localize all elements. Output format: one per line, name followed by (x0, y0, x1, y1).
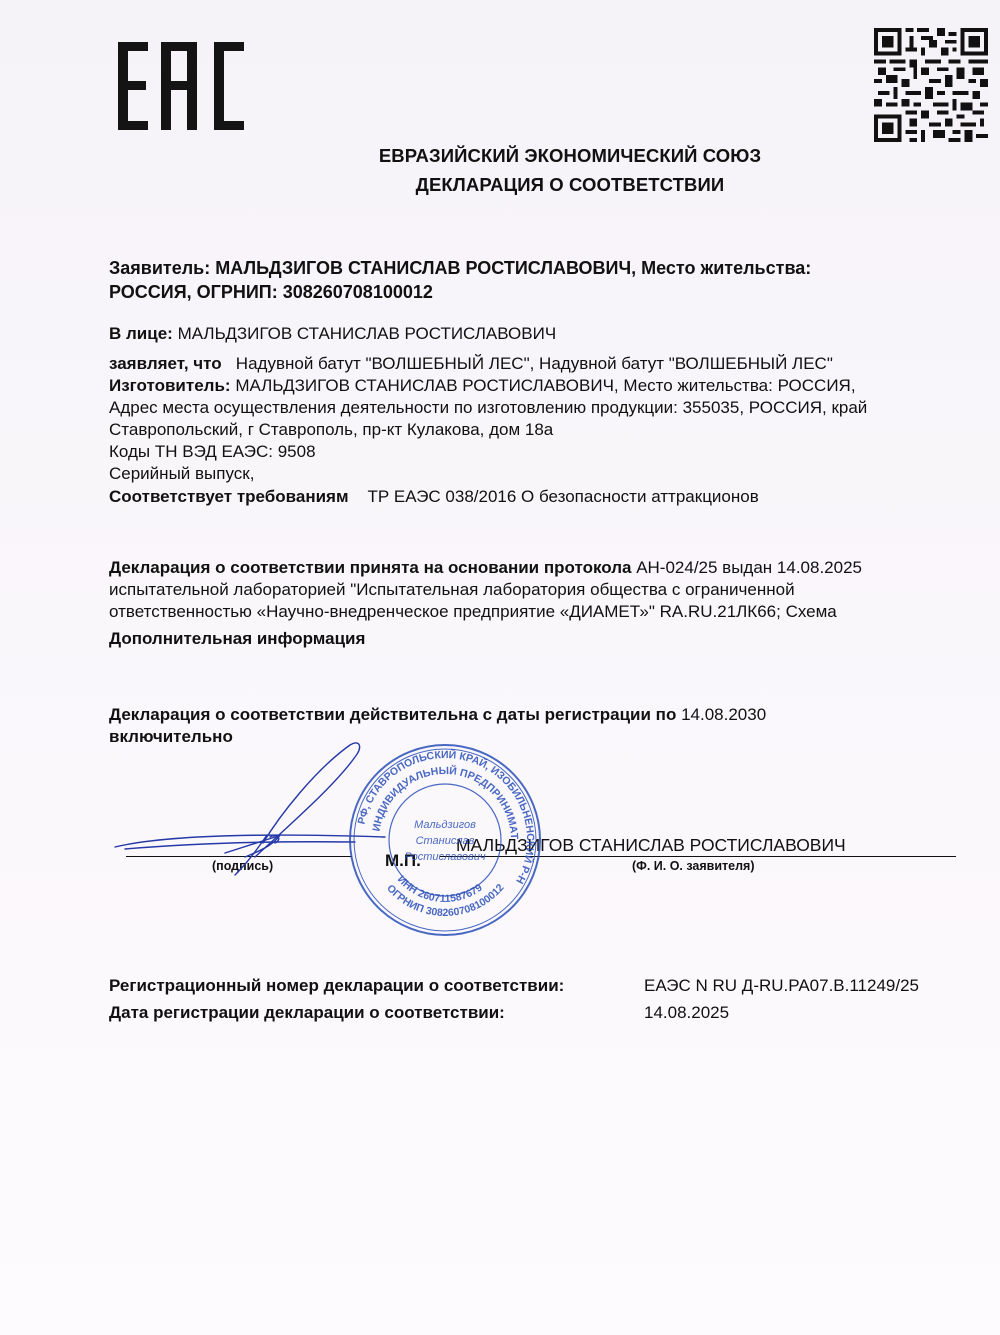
union-title: ЕВРАЗИЙСКИЙ ЭКОНОМИЧЕСКИЙ СОЮЗ (0, 145, 1000, 167)
registration-number-value: ЕАЭС N RU Д-RU.PA07.B.11249/25 (644, 975, 919, 997)
compliance-value: ТР ЕАЭС 038/2016 О безопасности аттракци… (367, 487, 758, 506)
svg-text:Ростиславович: Ростиславович (404, 851, 485, 863)
manufacturer-address-2: Ставропольский, г Ставрополь, пр-кт Кула… (109, 419, 553, 441)
manufacturer-label: Изготовитель: (109, 376, 231, 395)
applicant-line-1: Заявитель: МАЛЬДЗИГОВ СТАНИСЛАВ РОСТИСЛА… (109, 256, 811, 280)
declaration-page: ЕВРАЗИЙСКИЙ ЭКОНОМИЧЕСКИЙ СОЮЗ ДЕКЛАРАЦИ… (0, 0, 1000, 1335)
declares-label: заявляет, что (109, 354, 222, 373)
declares-row: заявляет, что Надувной батут "ВОЛШЕБНЫЙ … (109, 353, 833, 375)
svg-text:Станислав: Станислав (416, 835, 475, 847)
applicant-line-2: РОССИЯ, ОГРНИП: 308260708100012 (109, 280, 811, 304)
svg-text:Мальдзигов: Мальдзигов (414, 819, 476, 831)
tn-ved-codes: Коды ТН ВЭД ЕАЭС: 9508 (109, 441, 316, 463)
registration-date-label: Дата регистрации декларации о соответств… (109, 1002, 505, 1024)
basis-row: Декларация о соответствии принята на осн… (109, 557, 862, 579)
validity-row: Декларация о соответствии действительна … (109, 704, 766, 726)
document-title: ДЕКЛАРАЦИЯ О СООТВЕТСТВИИ (0, 174, 1000, 196)
additional-info-label: Дополнительная информация (109, 628, 365, 650)
represented-by-label: В лице: (109, 324, 173, 343)
release-type: Серийный выпуск, (109, 463, 254, 485)
registration-number-label: Регистрационный номер декларации о соотв… (109, 975, 564, 997)
declares-value: Надувной батут "ВОЛШЕБНЫЙ ЛЕС", Надувной… (236, 354, 833, 373)
basis-value: АН-024/25 выдан 14.08.2025 (636, 558, 862, 577)
company-stamp-icon: РФ, СТАВРОПОЛЬСКИЙ КРАЙ, ИЗОБИЛЬНЕНСКИЙ … (345, 740, 545, 940)
compliance-row: Соответствует требованиям ТР ЕАЭС 038/20… (109, 486, 759, 508)
represented-by-row: В лице: МАЛЬДЗИГОВ СТАНИСЛАВ РОСТИСЛАВОВ… (109, 323, 556, 345)
registration-date-value: 14.08.2025 (644, 1002, 729, 1024)
basis-label: Декларация о соответствии принята на осн… (109, 558, 631, 577)
basis-line-2: испытательной лабораторией "Испытательна… (109, 579, 795, 601)
validity-label: Декларация о соответствии действительна … (109, 705, 676, 724)
qr-code-icon (872, 28, 990, 142)
applicant-block: Заявитель: МАЛЬДЗИГОВ СТАНИСЛАВ РОСТИСЛА… (109, 256, 811, 304)
basis-line-3: ответственностью «Научно-внедренческое п… (109, 601, 837, 623)
manufacturer-row: Изготовитель: МАЛЬДЗИГОВ СТАНИСЛАВ РОСТИ… (109, 375, 856, 397)
name-caption: (Ф. И. О. заявителя) (632, 859, 755, 873)
validity-date: 14.08.2030 (681, 705, 766, 724)
represented-by-value: МАЛЬДЗИГОВ СТАНИСЛАВ РОСТИСЛАВОВИЧ (178, 324, 557, 343)
compliance-label: Соответствует требованиям (109, 487, 349, 506)
manufacturer-address-1: Адрес места осуществления деятельности п… (109, 397, 867, 419)
manufacturer-value: МАЛЬДЗИГОВ СТАНИСЛАВ РОСТИСЛАВОВИЧ, Мест… (235, 376, 855, 395)
eac-logo-icon (118, 42, 248, 130)
